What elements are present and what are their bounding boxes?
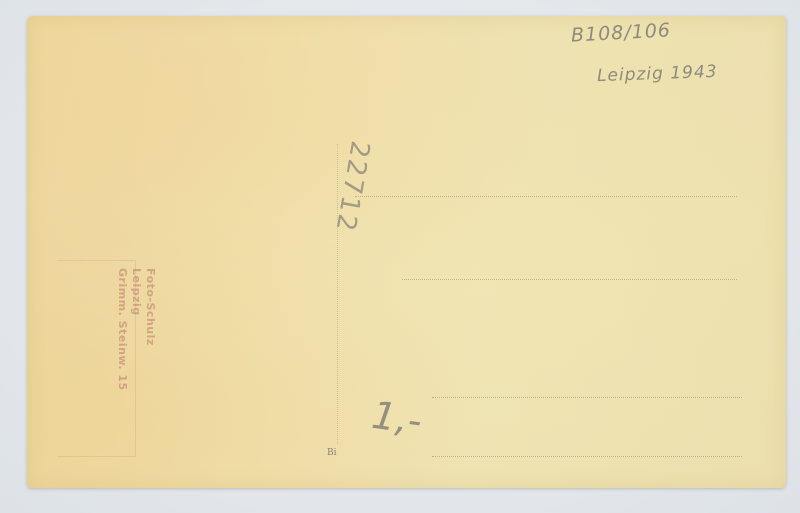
place-and-year: Leipzig 1943 xyxy=(597,62,718,86)
stamp-line: Foto-Schulz xyxy=(143,268,157,458)
printer-mark: Bi xyxy=(327,448,337,458)
address-line xyxy=(402,279,737,280)
reference-number: B108/106 xyxy=(570,19,671,46)
stamp-line: Grimm. Steinw. 15 xyxy=(115,268,129,458)
address-line xyxy=(355,196,737,197)
postcard: Foto-Schulz Leipzig Grimm. Steinw. 15 B1… xyxy=(27,16,786,488)
price-mark: 1,- xyxy=(369,393,425,444)
address-line xyxy=(432,456,742,457)
address-line xyxy=(432,397,742,398)
photographer-stamp: Foto-Schulz Leipzig Grimm. Steinw. 15 xyxy=(97,268,157,458)
stamp-line: Leipzig xyxy=(129,268,143,458)
